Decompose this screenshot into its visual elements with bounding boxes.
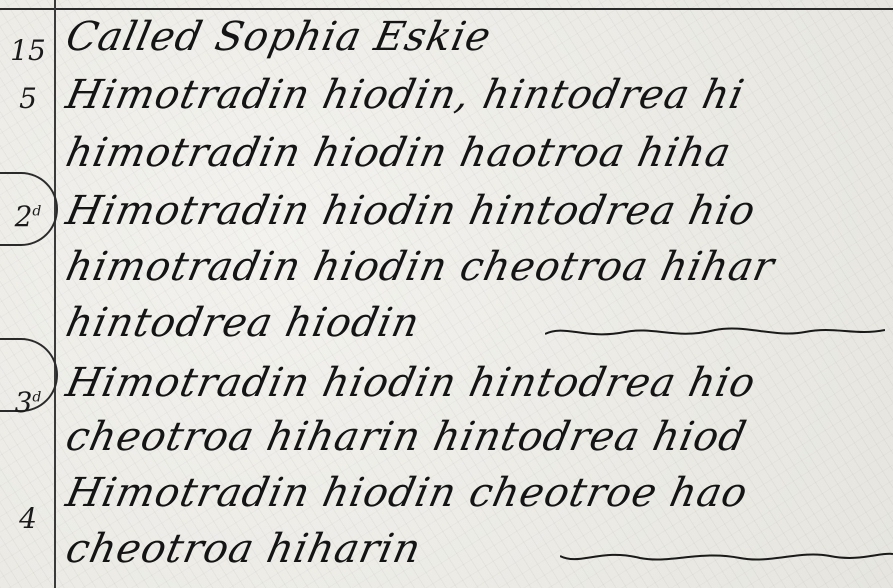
margin-rule-line (54, 0, 56, 588)
manuscript-page: 15 Called Sophia Eskie 5 Himotradin hiod… (0, 0, 893, 588)
manuscript-line: Called Sophia Eskie (62, 14, 495, 60)
manuscript-line: Himotradin hiodin, hintodrea hi (62, 72, 749, 118)
line-filler-flourish (545, 322, 885, 342)
manuscript-line: Himotradin hiodin cheotroe hao (62, 470, 752, 516)
manuscript-line: cheotroa hiharin hintodrea hiod (62, 414, 751, 460)
entry-number: 2d (6, 200, 50, 233)
manuscript-line: himotradin hiodin cheotroa hihar (62, 244, 779, 290)
top-rule-line (0, 8, 893, 10)
line-filler-flourish (560, 546, 893, 566)
entry-number: 5 (6, 82, 50, 115)
manuscript-line: cheotroa hiharin (62, 526, 425, 572)
manuscript-line: hintodrea hiodin (62, 300, 424, 346)
entry-number: 15 (6, 34, 50, 67)
entry-number: 3d (6, 386, 50, 419)
manuscript-line: Himotradin hiodin hintodrea hio (62, 188, 760, 234)
manuscript-line: himotradin hiodin haotroa hiha (62, 130, 735, 176)
entry-number: 4 (6, 502, 50, 535)
manuscript-line: Himotradin hiodin hintodrea hio (62, 360, 760, 406)
